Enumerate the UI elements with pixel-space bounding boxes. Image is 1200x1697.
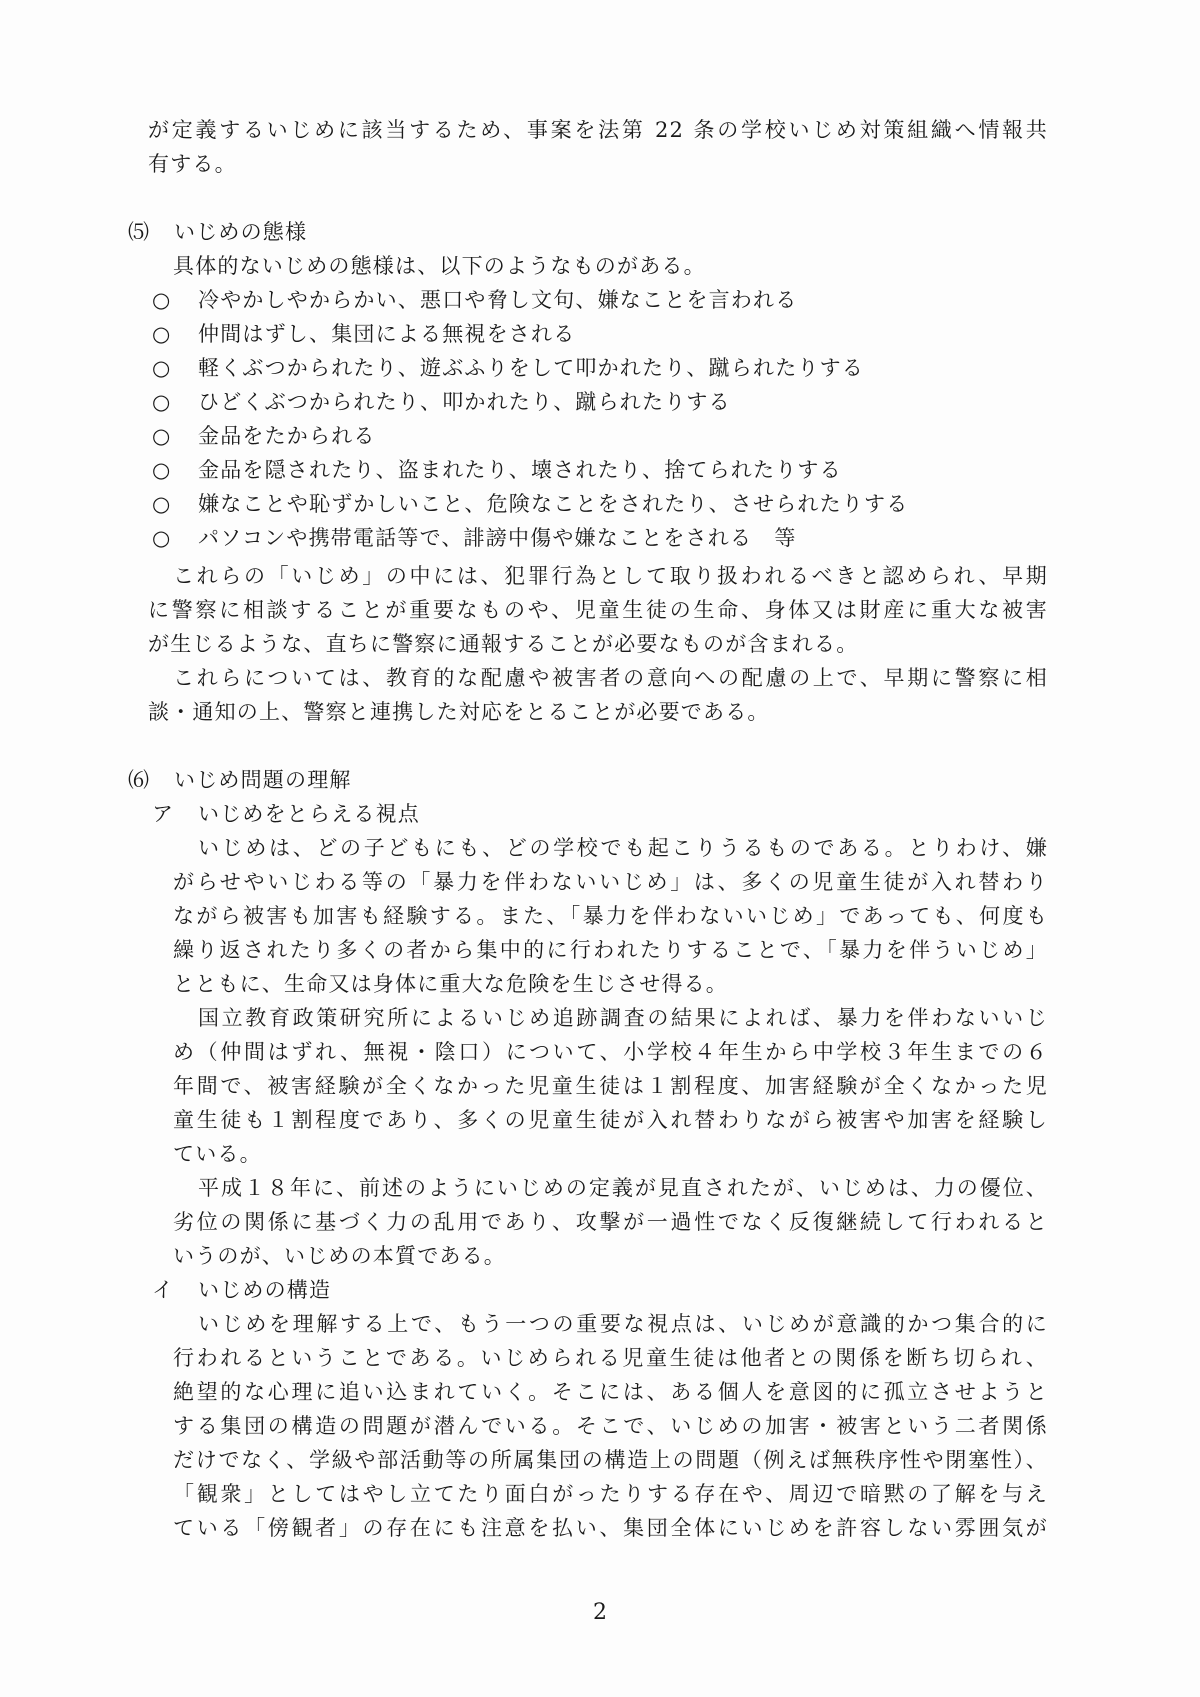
text: ながら被害も加害も経験する。また、「暴力を伴わないいじめ」であっても、何度も	[173, 899, 1048, 933]
text: 有する。	[148, 152, 237, 176]
circle-bullet-icon: ○	[152, 283, 198, 317]
circle-bullet-icon: ○	[152, 419, 198, 453]
text: 繰り返されたり多くの者から集中的に行われたりすることで、「暴力を伴ういじめ」	[173, 933, 1048, 967]
text: め（仲間はずれ、無視・陰口）について、小学校４年生から中学校３年生までの６	[173, 1035, 1048, 1069]
body-text-line: これらについては、教育的な配慮や被害者の意向への配慮の上で、早期に警察に相	[173, 661, 1048, 695]
body-text-line: 繰り返されたり多くの者から集中的に行われたりすることで、「暴力を伴ういじめ」	[173, 933, 1048, 967]
section-number: ⑹	[128, 763, 174, 797]
body-text-line: 童生徒も１割程度であり、多くの児童生徒が入れ替わりながら被害や加害を経験し	[173, 1103, 1048, 1137]
circle-bullet-icon: ○	[152, 385, 198, 419]
text: ている。	[173, 1142, 262, 1166]
list-item: ○嫌なことや恥ずかしいこと、危険なことをされたり、させられたりする	[152, 487, 908, 521]
text: する集団の構造の問題が潜んでいる。そこで、いじめの加害・被害という二者関係	[173, 1409, 1048, 1443]
list-item: ○金品を隠されたり、盗まれたり、壊されたり、捨てられたりする	[152, 453, 842, 487]
list-item: ○軽くぶつかられたり、遊ぶふりをして叩かれたり、蹴られたりする	[152, 351, 864, 385]
text: いうのが、いじめの本質である。	[173, 1244, 506, 1268]
section-title: いじめの態様	[174, 220, 307, 244]
body-text-line: する集団の構造の問題が潜んでいる。そこで、いじめの加害・被害という二者関係	[173, 1409, 1048, 1443]
section-heading-5: ⑸いじめの態様	[128, 215, 307, 249]
text: 平成１８年に、前述のようにいじめの定義が見直されたが、いじめは、力の優位、	[198, 1171, 1048, 1205]
body-text-line: だけでなく、学級や部活動等の所属集団の構造上の問題（例えば無秩序性や閉塞性）、	[173, 1443, 1048, 1477]
section-intro: 具体的ないじめの態様は、以下のようなものがある。	[173, 249, 706, 283]
text: 行われるということである。いじめられる児童生徒は他者との関係を断ち切られ、	[173, 1341, 1048, 1375]
text: 絶望的な心理に追い込まれていく。そこには、ある個人を意図的に孤立させようと	[173, 1375, 1048, 1409]
circle-bullet-icon: ○	[152, 521, 198, 555]
body-text-line: ながら被害も加害も経験する。また、「暴力を伴わないいじめ」であっても、何度も	[173, 899, 1048, 933]
body-text-line: 「観衆」としてはやし立てたり面白がったりする存在や、周辺で暗黙の了解を与え	[173, 1477, 1048, 1511]
list-item-text: 金品を隠されたり、盗まれたり、壊されたり、捨てられたりする	[198, 458, 842, 482]
subsection-marker: ア	[152, 797, 198, 831]
document-page: が定義するいじめに該当するため、事案を法第 22 条の学校いじめ対策組織へ情報共…	[0, 0, 1200, 1697]
list-item-text: パソコンや携帯電話等で、誹謗中傷や嫌なことをされる 等	[198, 526, 797, 550]
body-text-line: 行われるということである。いじめられる児童生徒は他者との関係を断ち切られ、	[173, 1341, 1048, 1375]
text: これらの「いじめ」の中には、犯罪行為として取り扱われるべきと認められ、早期	[173, 559, 1048, 593]
section-number: ⑸	[128, 215, 174, 249]
body-text-line: 談・通知の上、警察と連携した対応をとることが必要である。	[148, 695, 770, 729]
body-text-line: 年間で、被害経験が全くなかった児童生徒は１割程度、加害経験が全くなかった児	[173, 1069, 1048, 1103]
body-text-line: が定義するいじめに該当するため、事案を法第 22 条の学校いじめ対策組織へ情報共	[148, 113, 1048, 147]
list-item-text: ひどくぶつかられたり、叩かれたり、蹴られたりする	[198, 390, 731, 414]
body-text-line: に警察に相談することが重要なものや、児童生徒の生命、身体又は財産に重大な被害	[148, 593, 1048, 627]
list-item-text: 嫌なことや恥ずかしいこと、危険なことをされたり、させられたりする	[198, 492, 908, 516]
text: だけでなく、学級や部活動等の所属集団の構造上の問題（例えば無秩序性や閉塞性）、	[173, 1443, 1048, 1477]
list-item: ○金品をたかられる	[152, 419, 376, 453]
body-text-line: 国立教育政策研究所によるいじめ追跡調査の結果によれば、暴力を伴わないいじ	[198, 1001, 1048, 1035]
list-item: ○ひどくぶつかられたり、叩かれたり、蹴られたりする	[152, 385, 731, 419]
text: いじめは、どの子どもにも、どの学校でも起こりうるものである。とりわけ、嫌	[198, 831, 1048, 865]
text: に警察に相談することが重要なものや、児童生徒の生命、身体又は財産に重大な被害	[148, 593, 1048, 627]
page-number: 2	[0, 1598, 1200, 1628]
text: 国立教育政策研究所によるいじめ追跡調査の結果によれば、暴力を伴わないいじ	[198, 1001, 1048, 1035]
body-text-line: 劣位の関係に基づく力の乱用であり、攻撃が一過性でなく反復継続して行われると	[173, 1205, 1048, 1239]
list-item-text: 軽くぶつかられたり、遊ぶふりをして叩かれたり、蹴られたりする	[198, 356, 864, 380]
body-text-line: 絶望的な心理に追い込まれていく。そこには、ある個人を意図的に孤立させようと	[173, 1375, 1048, 1409]
text: 童生徒も１割程度であり、多くの児童生徒が入れ替わりながら被害や加害を経験し	[173, 1103, 1048, 1137]
list-item-text: 仲間はずし、集団による無視をされる	[198, 322, 575, 346]
subsection-heading-b: イいじめの構造	[152, 1273, 331, 1307]
subsection-heading-a: アいじめをとらえる視点	[152, 797, 420, 831]
subsection-title: いじめの構造	[198, 1278, 331, 1302]
circle-bullet-icon: ○	[152, 453, 198, 487]
text: が生じるような、直ちに警察に通報することが必要なものが含まれる。	[148, 632, 858, 656]
body-text-line: 平成１８年に、前述のようにいじめの定義が見直されたが、いじめは、力の優位、	[198, 1171, 1048, 1205]
list-item: ○パソコンや携帯電話等で、誹謗中傷や嫌なことをされる 等	[152, 521, 797, 555]
body-text-line: がらせやいじわる等の「暴力を伴わないいじめ」は、多くの児童生徒が入れ替わり	[173, 865, 1048, 899]
body-text-line: ている。	[173, 1137, 262, 1171]
circle-bullet-icon: ○	[152, 351, 198, 385]
list-item-text: 冷やかしやからかい、悪口や脅し文句、嫌なことを言われる	[198, 288, 797, 312]
text: がらせやいじわる等の「暴力を伴わないいじめ」は、多くの児童生徒が入れ替わり	[173, 865, 1048, 899]
text: これらについては、教育的な配慮や被害者の意向への配慮の上で、早期に警察に相	[173, 661, 1048, 695]
list-item-text: 金品をたかられる	[198, 424, 376, 448]
circle-bullet-icon: ○	[152, 487, 198, 521]
body-text-line: め（仲間はずれ、無視・陰口）について、小学校４年生から中学校３年生までの６	[173, 1035, 1048, 1069]
section-heading-6: ⑹いじめ問題の理解	[128, 763, 352, 797]
text: とともに、生命又は身体に重大な危険を生じさせ得る。	[173, 972, 728, 996]
text: が定義するいじめに該当するため、事案を法第 22 条の学校いじめ対策組織へ情報共	[148, 113, 1048, 147]
body-text-line: 有する。	[148, 147, 237, 181]
body-text-line: いうのが、いじめの本質である。	[173, 1239, 506, 1273]
section-title: いじめ問題の理解	[174, 768, 352, 792]
text: いじめを理解する上で、もう一つの重要な視点は、いじめが意識的かつ集合的に	[198, 1307, 1048, 1341]
subsection-title: いじめをとらえる視点	[198, 802, 420, 826]
text: 「観衆」としてはやし立てたり面白がったりする存在や、周辺で暗黙の了解を与え	[173, 1477, 1048, 1511]
text: 年間で、被害経験が全くなかった児童生徒は１割程度、加害経験が全くなかった児	[173, 1069, 1048, 1103]
text: ている「傍観者」の存在にも注意を払い、集団全体にいじめを許容しない雰囲気が	[173, 1511, 1048, 1545]
text: 談・通知の上、警察と連携した対応をとることが必要である。	[148, 700, 770, 724]
body-text-line: ている「傍観者」の存在にも注意を払い、集団全体にいじめを許容しない雰囲気が	[173, 1511, 1048, 1545]
circle-bullet-icon: ○	[152, 317, 198, 351]
body-text-line: これらの「いじめ」の中には、犯罪行為として取り扱われるべきと認められ、早期	[173, 559, 1048, 593]
subsection-marker: イ	[152, 1273, 198, 1307]
list-item: ○仲間はずし、集団による無視をされる	[152, 317, 575, 351]
body-text-line: が生じるような、直ちに警察に通報することが必要なものが含まれる。	[148, 627, 858, 661]
text: 劣位の関係に基づく力の乱用であり、攻撃が一過性でなく反復継続して行われると	[173, 1205, 1048, 1239]
text: 具体的ないじめの態様は、以下のようなものがある。	[173, 254, 706, 278]
list-item: ○冷やかしやからかい、悪口や脅し文句、嫌なことを言われる	[152, 283, 797, 317]
body-text-line: いじめを理解する上で、もう一つの重要な視点は、いじめが意識的かつ集合的に	[198, 1307, 1048, 1341]
body-text-line: とともに、生命又は身体に重大な危険を生じさせ得る。	[173, 967, 728, 1001]
body-text-line: いじめは、どの子どもにも、どの学校でも起こりうるものである。とりわけ、嫌	[198, 831, 1048, 865]
